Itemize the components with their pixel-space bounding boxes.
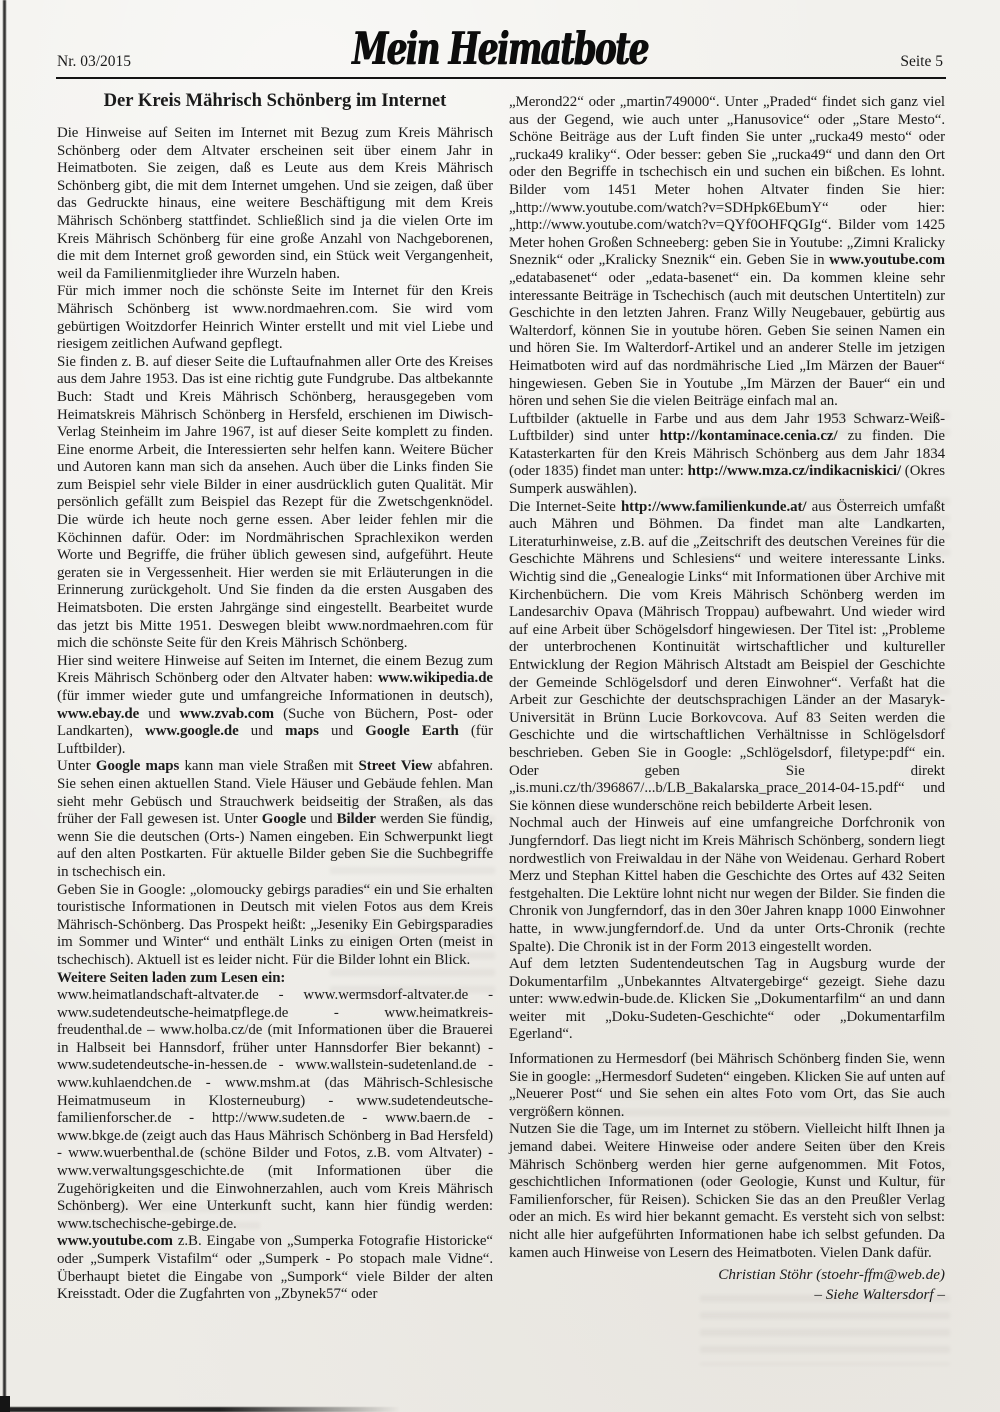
scan-edge-left <box>3 0 6 1412</box>
scan-edge-corner <box>0 1396 10 1412</box>
paragraph: Hier sind weitere Hinweise auf Seiten im… <box>57 653 493 759</box>
text-run: und <box>319 723 365 739</box>
text-run: und <box>139 706 179 722</box>
text-run: www.youtube.com <box>57 1233 173 1249</box>
column-right-text: „Merond22“ oder „martin749000“. Unter „P… <box>509 94 945 1262</box>
text-run: www.youtube.com <box>829 252 945 268</box>
text-run: Die Hinweise auf Seiten im Internet mit … <box>57 125 493 282</box>
paragraph: www.heimatlandschaft-altvater.de - www.w… <box>57 987 493 1233</box>
paragraph: Geben Sie in Google: „olomoucky gebirgs … <box>57 882 493 970</box>
text-run: (für immer wieder gute und umfangreiche … <box>57 688 493 704</box>
text-run: http://kontaminace.cenia.cz/ <box>659 428 837 444</box>
signature-note: – Siehe Waltersdorf – <box>509 1285 945 1305</box>
page-number: Seite 5 <box>900 53 943 71</box>
signature-block: Christian Stöhr (stoehr-ffm@web.de) – Si… <box>509 1265 945 1304</box>
masthead-title: Mein Heimatbote <box>352 26 648 71</box>
paragraph: Sie finden z. B. auf dieser Seite die Lu… <box>57 354 493 653</box>
column-left-text: Die Hinweise auf Seiten im Internet mit … <box>57 125 493 1304</box>
paragraph: Weitere Seiten laden zum Lesen ein: <box>57 970 493 988</box>
text-run: http://www.mza.cz/indikacniskici/ <box>688 463 901 479</box>
newspaper-page: Nr. 03/2015 Mein Heimatbote Seite 5 Der … <box>0 0 1000 1412</box>
text-run: www.zvab.com <box>180 706 275 722</box>
paragraph: Die Hinweise auf Seiten im Internet mit … <box>57 125 493 283</box>
text-run: maps <box>285 723 319 739</box>
issue-number: Nr. 03/2015 <box>57 53 131 71</box>
text-run: www.google.de <box>145 723 239 739</box>
text-run: Auf dem letzten Sudentendeutschen Tag in… <box>509 956 945 1042</box>
paragraph: Für mich immer noch die schönste Seite i… <box>57 283 493 353</box>
article-title: Der Kreis Mährisch Schönberg im Internet <box>57 90 493 112</box>
page-header: Nr. 03/2015 Mein Heimatbote Seite 5 <box>0 0 1000 88</box>
text-run: „edatabasenet“ oder „edata-basenet“ ein.… <box>509 270 945 409</box>
bleed-through-ghost <box>700 1295 950 1365</box>
text-run: und <box>239 723 285 739</box>
text-run: kann man viele Straßen mit <box>179 758 358 774</box>
paragraph: „Merond22“ oder „martin749000“. Unter „P… <box>509 94 945 411</box>
text-run: http://www.familienkunde.at/ <box>621 499 807 515</box>
text-run: Sie finden z. B. auf dieser Seite die Lu… <box>57 354 493 652</box>
text-run: www.ebay.de <box>57 706 139 722</box>
article-body: Der Kreis Mährisch Schönberg im Internet… <box>57 88 945 1304</box>
column-right: „Merond22“ oder „martin749000“. Unter „P… <box>509 94 945 1304</box>
scan-edge-bottom <box>0 1407 400 1412</box>
text-run: Bilder <box>337 811 376 827</box>
text-run: Street View <box>358 758 432 774</box>
header-rule <box>56 77 946 79</box>
paragraph: Auf dem letzten Sudentendeutschen Tag in… <box>509 956 945 1044</box>
paragraph: Luftbilder (aktuelle in Farbe und aus de… <box>509 411 945 499</box>
paragraph: Nutzen Sie die Tage, um im Internet zu s… <box>509 1121 945 1262</box>
text-run: Für mich immer noch die schönste Seite i… <box>57 283 493 352</box>
text-run: Google maps <box>96 758 179 774</box>
text-run: „Merond22“ oder „martin749000“. Unter „P… <box>509 94 945 268</box>
paragraph: Informationen zu Hermesdorf (bei Mährisc… <box>509 1051 945 1121</box>
text-run: Google <box>262 811 306 827</box>
text-run: Nochmal auch der Hinweis auf eine umfang… <box>509 815 945 954</box>
column-left: Der Kreis Mährisch Schönberg im Internet… <box>57 88 493 1304</box>
paragraph: Nochmal auch der Hinweis auf eine umfang… <box>509 815 945 956</box>
text-run: Informationen zu Hermesdorf (bei Mährisc… <box>509 1051 945 1120</box>
text-run: Unter <box>57 758 96 774</box>
text-run: und <box>306 811 336 827</box>
paragraph: www.youtube.com z.B. Eingabe von „Sumper… <box>57 1233 493 1303</box>
text-run: Weitere Seiten laden zum Lesen ein: <box>57 970 285 986</box>
text-run: Google Earth <box>365 723 458 739</box>
text-run: www.heimatlandschaft-altvater.de - www.w… <box>57 987 493 1232</box>
signature-author: Christian Stöhr (stoehr-ffm@web.de) <box>509 1265 945 1285</box>
paragraph: Unter Google maps kann man viele Straßen… <box>57 758 493 881</box>
text-run: Die Internet-Seite <box>509 499 621 515</box>
paragraph: Die Internet-Seite http://www.familienku… <box>509 499 945 816</box>
text-run: www.wikipedia.de <box>378 670 493 686</box>
text-run: Geben Sie in Google: „olomoucky gebirgs … <box>57 882 493 968</box>
text-run: aus Österreich umfaßt auch Mähren und Bö… <box>509 499 945 814</box>
text-run: Nutzen Sie die Tage, um im Internet zu s… <box>509 1121 945 1260</box>
